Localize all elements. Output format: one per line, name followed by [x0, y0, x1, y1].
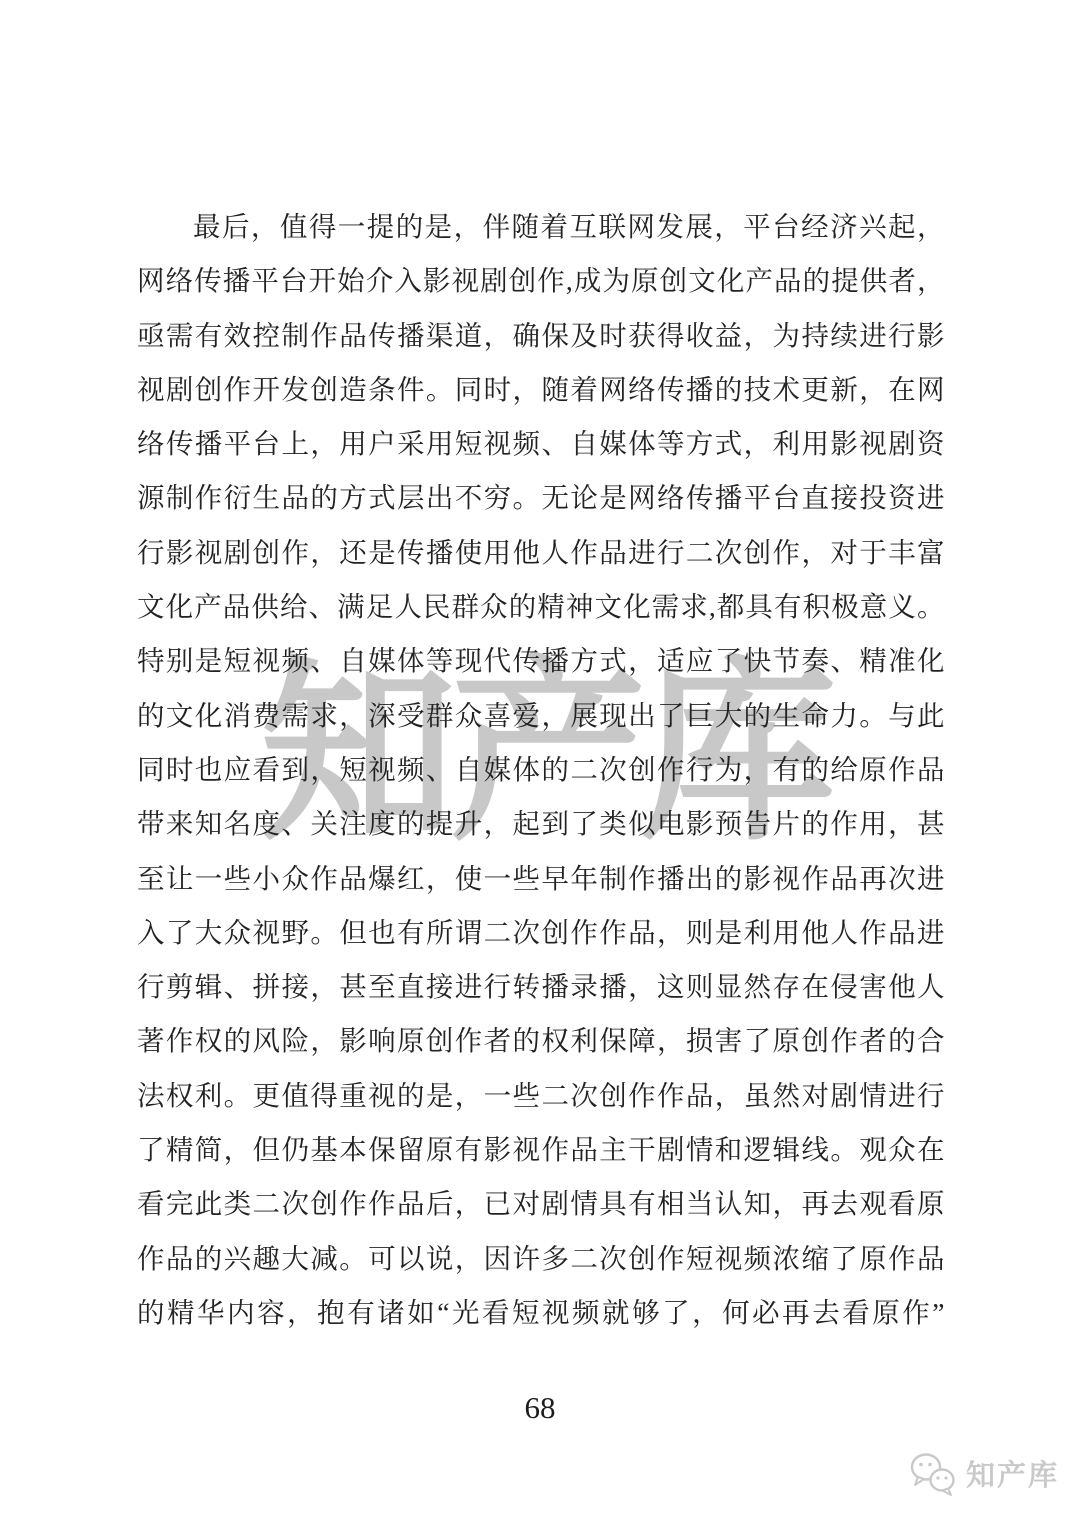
page-number: 68 — [0, 1390, 1080, 1426]
text-line: 的精华内容，抱有诸如“光看短视频就够了，何必再去看原作” — [137, 1286, 945, 1340]
text-line: 看完此类二次创作作品后，已对剧情具有相当认知，再去观看原 — [137, 1177, 945, 1231]
text-line: 行剪辑、拼接，甚至直接进行转播录播，这则显然存在侵害他人 — [137, 960, 945, 1014]
brand-logo: 知产库 — [908, 1452, 1059, 1498]
text-line: 文化产品供给、满足人民群众的精神文化需求,都具有积极意义。 — [137, 580, 945, 634]
text-line: 行影视剧创作，还是传播使用他人作品进行二次创作，对于丰富 — [137, 526, 945, 580]
text-line: 作品的兴趣大减。可以说，因许多二次创作短视频浓缩了原作品 — [137, 1232, 945, 1286]
text-line: 的文化消费需求，深受群众喜爱，展现出了巨大的生命力。与此 — [137, 689, 945, 743]
wechat-bubbles-icon — [908, 1452, 958, 1498]
text-line: 著作权的风险，影响原创作者的权利保障，损害了原创作者的合 — [137, 1014, 945, 1068]
brand-name: 知产库 — [966, 1461, 1059, 1490]
text-line: 络传播平台上，用户采用短视频、自媒体等方式，利用影视剧资 — [137, 417, 945, 471]
document-page: 知产库 最后，值得一提的是，伴随着互联网发展，平台经济兴起， 网络传播平台开始介… — [0, 0, 1080, 1527]
text-line: 特别是短视频、自媒体等现代传播方式，适应了快节奏、精准化 — [137, 634, 945, 688]
text-line: 带来知名度、关注度的提升，起到了类似电影预告片的作用，甚 — [137, 797, 945, 851]
text-line: 了精简，但仍基本保留原有影视作品主干剧情和逻辑线。观众在 — [137, 1123, 945, 1177]
text-line: 网络传播平台开始介入影视剧创作,成为原创文化产品的提供者， — [137, 254, 945, 308]
body-text: 最后，值得一提的是，伴随着互联网发展，平台经济兴起， 网络传播平台开始介入影视剧… — [137, 200, 945, 1340]
text-line: 同时也应看到，短视频、自媒体的二次创作行为，有的给原作品 — [137, 743, 945, 797]
text-line: 至让一些小众作品爆红，使一些早年制作播出的影视作品再次进 — [137, 852, 945, 906]
text-line: 法权利。更值得重视的是，一些二次创作作品，虽然对剧情进行 — [137, 1069, 945, 1123]
text-line: 入了大众视野。但也有所谓二次创作作品，则是利用他人作品进 — [137, 906, 945, 960]
text-line: 亟需有效控制作品传播渠道，确保及时获得收益，为持续进行影 — [137, 309, 945, 363]
text-line: 视剧创作开发创造条件。同时，随着网络传播的技术更新，在网 — [137, 363, 945, 417]
text-line: 源制作衍生品的方式层出不穷。无论是网络传播平台直接投资进 — [137, 471, 945, 525]
text-line: 最后，值得一提的是，伴随着互联网发展，平台经济兴起， — [137, 200, 945, 254]
